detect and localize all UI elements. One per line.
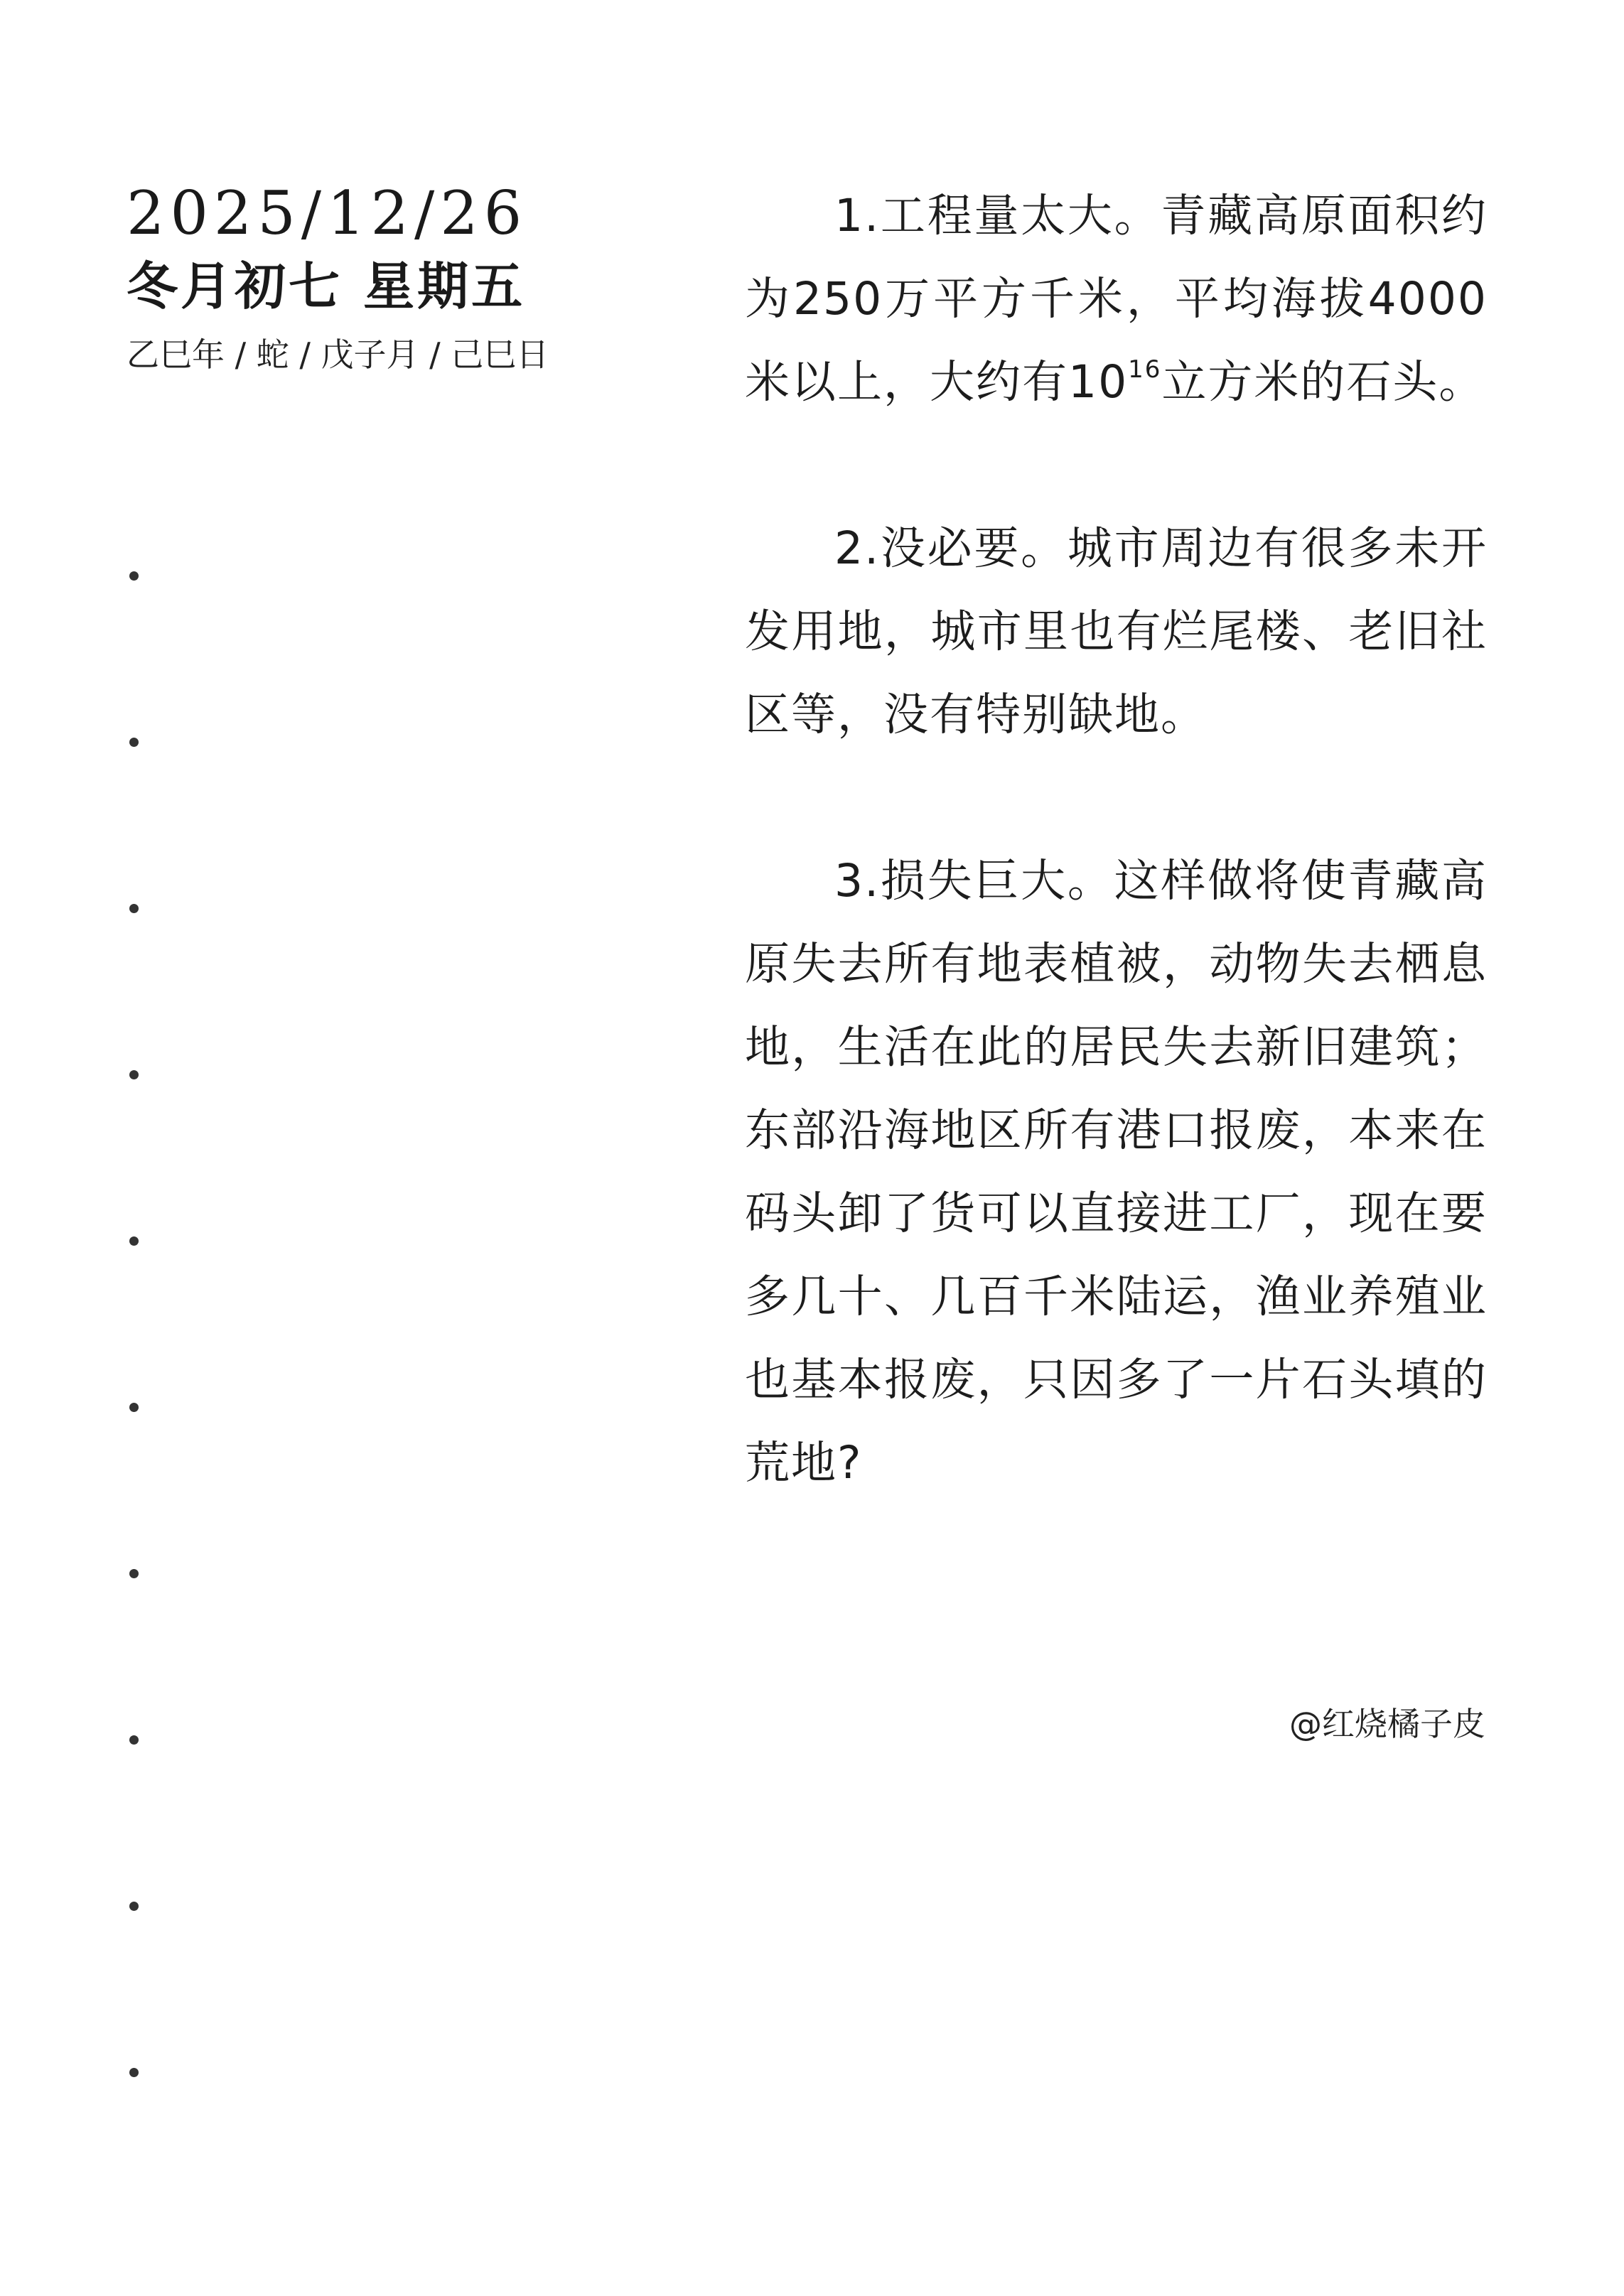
- date-header: 2025/12/26 冬月初七 星期五 乙巳年 / 蛇 / 戊子月 / 己巳日: [127, 178, 549, 379]
- article-body: 1.工程量太大。青藏高原面积约为250万平方千米，平均海拔4000米以上，大约有…: [745, 174, 1488, 1588]
- date-ganzhi: 乙巳年 / 蛇 / 戊子月 / 己巳日: [127, 330, 549, 379]
- paragraph-number: 3.: [834, 855, 880, 907]
- paragraph-3: 3.损失巨大。这样做将使青藏高原失去所有地表植被，动物失去栖息地，生活在此的居民…: [745, 839, 1488, 1504]
- paragraph-2: 2.没必要。城市周边有很多未开发用地，城市里也有烂尾楼、老旧社区等，没有特别缺地…: [745, 507, 1488, 756]
- paragraph-number: 2.: [834, 522, 880, 574]
- bullet-dot: [129, 904, 139, 913]
- bullet-dot: [129, 738, 139, 747]
- bullet-dot: [129, 1070, 139, 1079]
- date-gregorian: 2025/12/26: [127, 178, 549, 249]
- paragraph-text-cont: 立方米的石头。: [1161, 356, 1485, 408]
- date-lunar-weekday: 冬月初七 星期五: [127, 247, 549, 325]
- bullet-dot: [129, 571, 139, 581]
- bullet-dot: [129, 1403, 139, 1412]
- paragraph-text: 损失巨大。这样做将使青藏高原失去所有地表植被，动物失去栖息地，生活在此的居民失去…: [745, 855, 1488, 1489]
- bullet-dot: [129, 1569, 139, 1578]
- bullet-dot: [129, 1735, 139, 1745]
- bullet-dot: [129, 2068, 139, 2077]
- paragraph-1: 1.工程量太大。青藏高原面积约为250万平方千米，平均海拔4000米以上，大约有…: [745, 174, 1488, 424]
- paragraph-number: 1.: [834, 190, 880, 242]
- bullet-dot: [129, 1236, 139, 1246]
- bullet-dot: [129, 1902, 139, 1911]
- author-signature: @红烧橘子皮: [1289, 1698, 1485, 1745]
- superscript-exponent: 16: [1128, 355, 1161, 384]
